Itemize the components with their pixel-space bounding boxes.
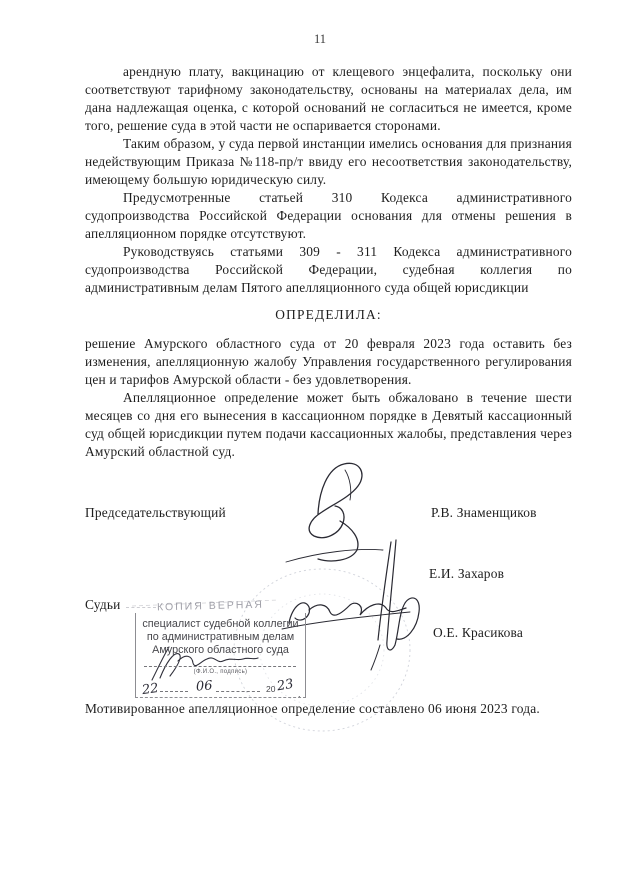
stamp-signature-line — [144, 666, 296, 667]
stamp-date-dash — [216, 691, 260, 692]
stamp-signature-caption: (Ф.И.О., подпись) — [136, 669, 305, 675]
stamp-date-row: 22 06 20 23 . — [140, 679, 303, 697]
paragraph: Руководствуясь статьями 309 - 311 Кодекс… — [85, 243, 572, 297]
stamp-date-suffix: . — [298, 689, 301, 699]
document-page: 11 арендную плату, вакцинацию от клещево… — [0, 0, 640, 889]
stamp-date-dash — [160, 691, 188, 692]
judge2-name: Е.И. Захаров — [429, 566, 504, 582]
presiding-label: Председательствующий — [85, 505, 226, 521]
stamp-date-year: 23 — [276, 677, 295, 695]
stamp-line-2: по административным делам — [136, 631, 305, 643]
signature-judge-zakharov — [371, 540, 419, 670]
document-body: арендную плату, вакцинацию от клещевого … — [85, 63, 572, 461]
footer-note: Мотивированное апелляционное определение… — [85, 701, 540, 717]
resolution-heading: ОПРЕДЕЛИЛА: — [85, 306, 572, 324]
stamp-date-day: 22 — [141, 681, 159, 698]
stamp-line-3: Амурского областного суда — [136, 644, 305, 656]
presiding-name: Р.В. Знаменщиков — [431, 505, 537, 521]
judges-label: Судьи — [85, 597, 121, 613]
paragraph: Апелляционное определение может быть обж… — [85, 389, 572, 461]
judge3-name: О.Е. Красикова — [433, 625, 523, 641]
certification-stamp: специалист судебной коллегии по админист… — [135, 613, 306, 698]
paragraph: Предусмотренные статьей 310 Кодекса адми… — [85, 189, 572, 243]
paragraph: решение Амурского областного суда от 20 … — [85, 335, 572, 389]
paragraph: Таким образом, у суда первой инстанции и… — [85, 135, 572, 189]
page-number: 11 — [0, 32, 640, 47]
stamp-date-year-prefix: 20 — [266, 684, 275, 694]
paragraph: арендную плату, вакцинацию от клещевого … — [85, 63, 572, 135]
signature-presiding — [286, 463, 383, 562]
copy-true-mark: КОПИЯ ВЕРНАЯ — [157, 599, 264, 614]
copy-mark-leader-dashes — [126, 607, 156, 608]
stamp-date-month: 06 — [195, 678, 213, 694]
stamp-line-1: специалист судебной коллегии — [136, 618, 305, 630]
